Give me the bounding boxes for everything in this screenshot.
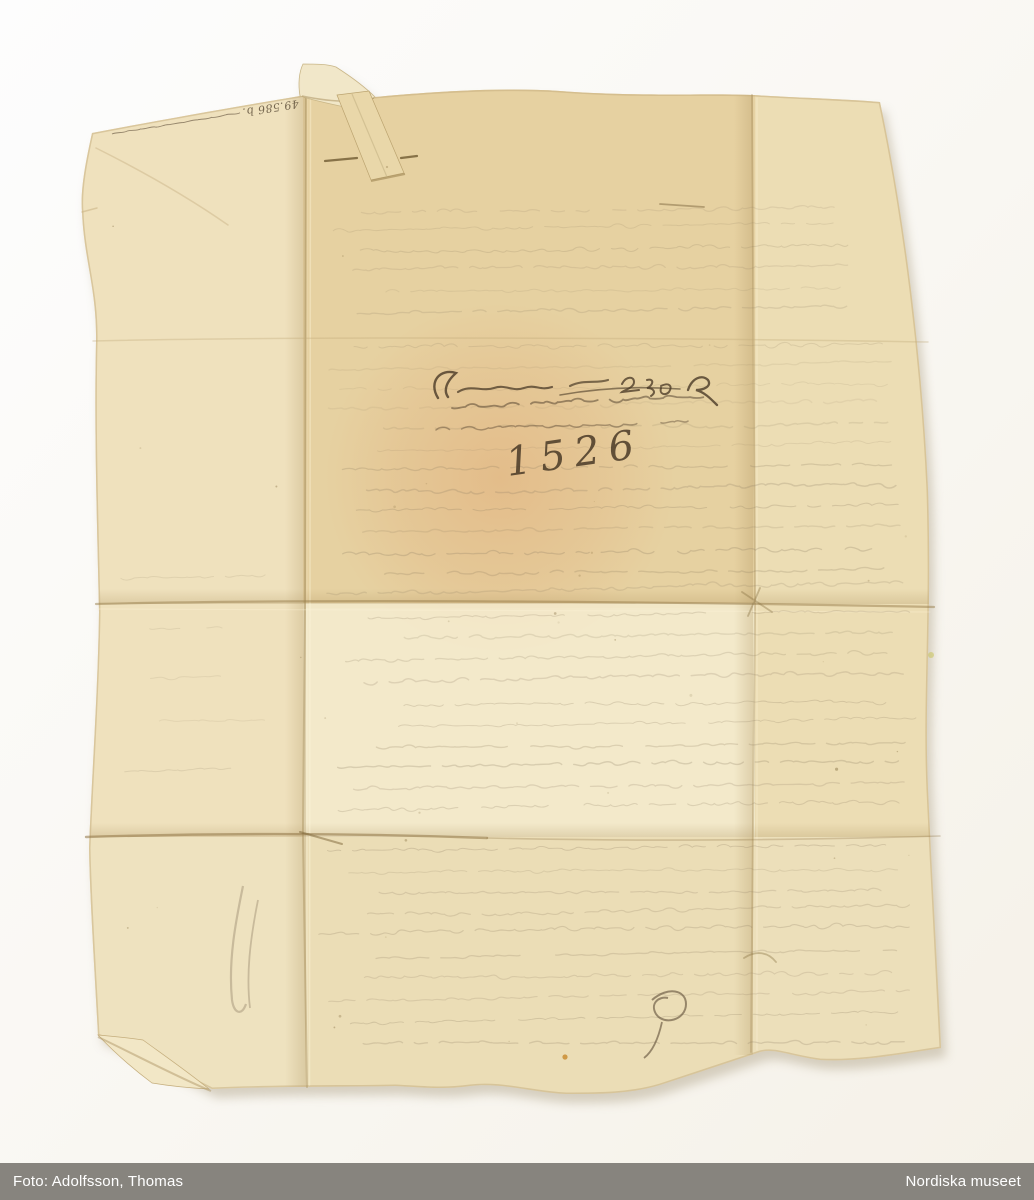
age-spot	[834, 857, 836, 859]
age-spot	[607, 792, 609, 794]
photographer-credit: Foto: Adolfsson, Thomas	[13, 1173, 183, 1190]
age-spot	[339, 1015, 342, 1018]
age-spot	[300, 657, 302, 659]
age-spot	[448, 620, 450, 622]
age-spot	[897, 751, 898, 752]
caption-bar: Foto: Adolfsson, Thomas Nordiska museet	[0, 1163, 1034, 1200]
age-spot	[591, 552, 593, 554]
age-spot	[275, 486, 277, 488]
age-spot	[342, 255, 344, 257]
age-spot	[823, 661, 824, 662]
museum-credit: Nordiska museet	[905, 1173, 1021, 1190]
age-spot	[112, 226, 114, 228]
stain-yellow	[928, 652, 934, 658]
age-spot	[835, 768, 838, 771]
age-spot	[127, 927, 129, 929]
age-spot	[868, 580, 870, 582]
age-spot	[333, 1026, 335, 1028]
museum-photo-page: 1526 49.586 b. Foto: Adolfsson, Thomas N…	[0, 0, 1034, 1200]
age-spot	[508, 1041, 509, 1042]
age-spot	[594, 501, 595, 502]
age-spot	[157, 907, 158, 908]
age-spot	[905, 535, 907, 537]
age-spot	[418, 812, 420, 814]
parchment-photo: 1526 49.586 b.	[0, 0, 1034, 1200]
age-spot	[139, 447, 141, 449]
age-spot	[578, 574, 580, 576]
stain-orange	[562, 1054, 567, 1059]
age-spot	[865, 1024, 867, 1026]
age-spot	[709, 344, 711, 346]
age-spot	[324, 717, 326, 719]
age-spot	[689, 694, 692, 697]
age-spot	[516, 722, 518, 724]
age-spot	[426, 483, 428, 485]
age-spot	[908, 855, 909, 856]
age-spot	[554, 612, 557, 615]
age-spot	[614, 639, 616, 641]
age-spot	[385, 936, 387, 938]
age-spot	[405, 839, 408, 842]
age-spot	[386, 166, 388, 168]
age-spot	[393, 505, 396, 508]
age-spot	[557, 621, 559, 623]
